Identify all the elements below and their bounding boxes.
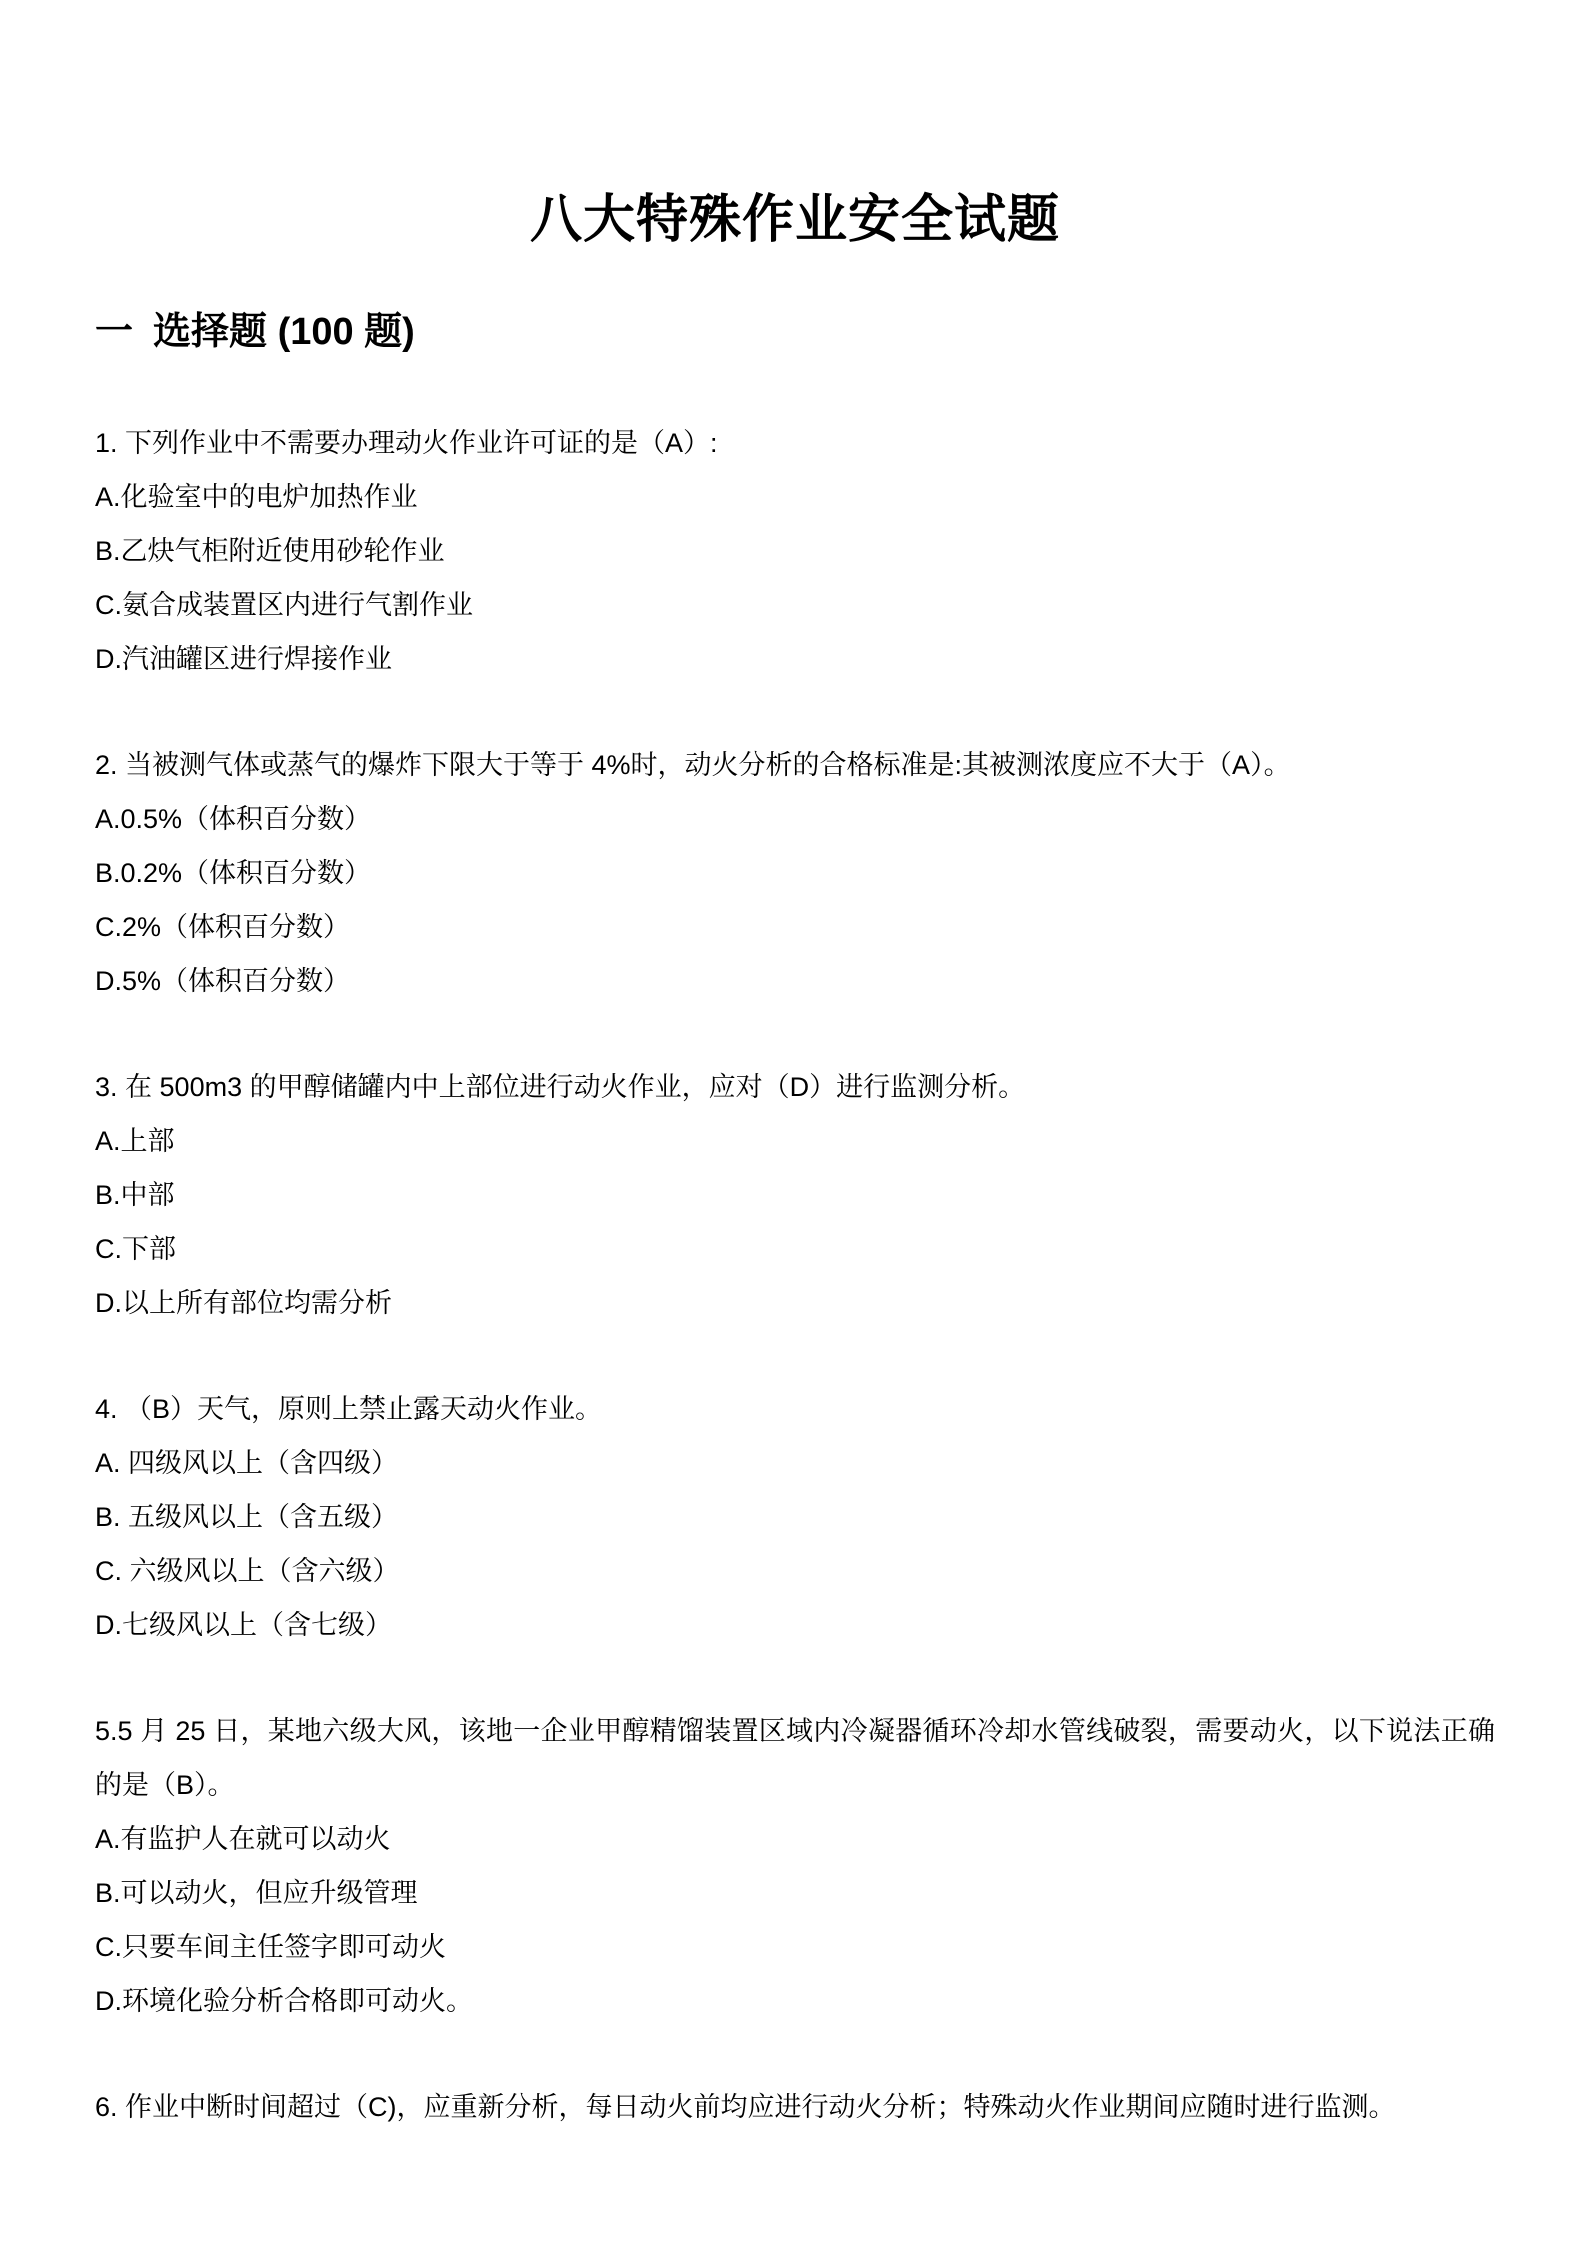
- section-label: 选择题 (100 题): [153, 311, 415, 353]
- option-text: 0.5%（体积百分数）: [121, 804, 372, 834]
- option-label: B.: [95, 1180, 121, 1210]
- option-row: A.有监护人在就可以动火: [95, 1812, 1495, 1866]
- option-text: 2%（体积百分数）: [122, 912, 350, 942]
- option-label: B.: [95, 858, 121, 888]
- option-text: 5%（体积百分数）: [122, 966, 350, 996]
- question-6: 6. 作业中断时间超过（C)，应重新分析，每日动火前均应进行动火分析；特殊动火作…: [95, 2080, 1495, 2134]
- option-text: 乙炔气柜附近使用砂轮作业: [121, 536, 445, 566]
- option-row: A. 四级风以上（含四级）: [95, 1436, 1495, 1490]
- question-number: 2.: [95, 750, 118, 780]
- option-text: 五级风以上（含五级）: [121, 1502, 399, 1532]
- option-label: C.: [95, 912, 122, 942]
- option-text: 七级风以上（含七级）: [122, 1610, 392, 1640]
- option-row: A.化验室中的电炉加热作业: [95, 470, 1495, 524]
- option-label: D.: [95, 1610, 122, 1640]
- option-text: 以上所有部位均需分析: [122, 1288, 392, 1318]
- option-label: B.: [95, 1878, 121, 1908]
- question-number: 1.: [95, 428, 118, 458]
- option-label: A.: [95, 1824, 121, 1854]
- option-text: 上部: [121, 1126, 175, 1156]
- question-number: 3.: [95, 1072, 118, 1102]
- option-text: 六级风以上（含六级）: [122, 1556, 400, 1586]
- question-stem-text: 作业中断时间超过（C)，应重新分析，每日动火前均应进行动火分析；特殊动火作业期间…: [118, 2092, 1396, 2122]
- question-stem: 6. 作业中断时间超过（C)，应重新分析，每日动火前均应进行动火分析；特殊动火作…: [95, 2080, 1495, 2134]
- option-text: 四级风以上（含四级）: [121, 1448, 399, 1478]
- question-stem-text: （B）天气，原则上禁止露天动火作业。: [118, 1394, 603, 1424]
- option-row: B.乙炔气柜附近使用砂轮作业: [95, 524, 1495, 578]
- question-number: 4.: [95, 1394, 118, 1424]
- question-stem: 4. （B）天气，原则上禁止露天动火作业。: [95, 1382, 1495, 1436]
- option-text: 中部: [121, 1180, 175, 1210]
- question-1: 1. 下列作业中不需要办理动火作业许可证的是（A）: A.化验室中的电炉加热作业…: [95, 416, 1495, 686]
- question-2: 2. 当被测气体或蒸气的爆炸下限大于等于 4%时，动火分析的合格标准是:其被测浓…: [95, 738, 1495, 1008]
- document-title: 八大特殊作业安全试题: [95, 190, 1495, 250]
- option-row: B.0.2%（体积百分数）: [95, 846, 1495, 900]
- question-3: 3. 在 500m3 的甲醇储罐内中上部位进行动火作业，应对（D）进行监测分析。…: [95, 1060, 1495, 1330]
- question-number: 6.: [95, 2092, 118, 2122]
- question-stem: 1. 下列作业中不需要办理动火作业许可证的是（A）:: [95, 416, 1495, 470]
- option-row: B. 五级风以上（含五级）: [95, 1490, 1495, 1544]
- option-label: A.: [95, 1448, 121, 1478]
- option-label: B.: [95, 1502, 121, 1532]
- option-text: 汽油罐区进行焊接作业: [122, 644, 392, 674]
- option-row: D.5%（体积百分数）: [95, 954, 1495, 1008]
- option-row: D.七级风以上（含七级）: [95, 1598, 1495, 1652]
- option-row: A.0.5%（体积百分数）: [95, 792, 1495, 846]
- option-text: 有监护人在就可以动火: [121, 1824, 391, 1854]
- option-label: C.: [95, 1556, 122, 1586]
- option-row: C.氨合成装置区内进行气割作业: [95, 578, 1495, 632]
- option-text: 化验室中的电炉加热作业: [121, 482, 418, 512]
- option-text: 下部: [122, 1234, 176, 1264]
- section-heading: 一选择题 (100 题): [95, 308, 1495, 356]
- option-row: D.以上所有部位均需分析: [95, 1276, 1495, 1330]
- option-label: C.: [95, 590, 122, 620]
- option-row: A.上部: [95, 1114, 1495, 1168]
- option-text: 只要车间主任签字即可动火: [122, 1932, 446, 1962]
- question-stem-text: 下列作业中不需要办理动火作业许可证的是（A）:: [118, 428, 718, 458]
- question-stem: 3. 在 500m3 的甲醇储罐内中上部位进行动火作业，应对（D）进行监测分析。: [95, 1060, 1495, 1114]
- option-label: A.: [95, 1126, 121, 1156]
- question-stem: 2. 当被测气体或蒸气的爆炸下限大于等于 4%时，动火分析的合格标准是:其被测浓…: [95, 738, 1495, 792]
- option-text: 0.2%（体积百分数）: [121, 858, 372, 888]
- option-label: A.: [95, 804, 121, 834]
- question-list: 1. 下列作业中不需要办理动火作业许可证的是（A）: A.化验室中的电炉加热作业…: [95, 416, 1495, 2134]
- question-stem-text: 5 月 25 日，某地六级大风，该地一企业甲醇精馏装置区域内冷凝器循环冷却水管线…: [95, 1716, 1495, 1800]
- question-stem-text: 当被测气体或蒸气的爆炸下限大于等于 4%时，动火分析的合格标准是:其被测浓度应不…: [118, 750, 1291, 780]
- question-4: 4. （B）天气，原则上禁止露天动火作业。 A. 四级风以上（含四级） B. 五…: [95, 1382, 1495, 1652]
- option-label: A.: [95, 482, 121, 512]
- option-row: D.汽油罐区进行焊接作业: [95, 632, 1495, 686]
- option-row: C.下部: [95, 1222, 1495, 1276]
- question-number: 5.: [95, 1716, 118, 1746]
- option-text: 环境化验分析合格即可动火。: [122, 1986, 473, 2016]
- option-label: D.: [95, 1288, 122, 1318]
- option-label: C.: [95, 1234, 122, 1264]
- option-text: 氨合成装置区内进行气割作业: [122, 590, 473, 620]
- question-stem: 5.5 月 25 日，某地六级大风，该地一企业甲醇精馏装置区域内冷凝器循环冷却水…: [95, 1704, 1495, 1812]
- option-row: D.环境化验分析合格即可动火。: [95, 1974, 1495, 2028]
- document-content: 八大特殊作业安全试题 一选择题 (100 题) 1. 下列作业中不需要办理动火作…: [0, 190, 1587, 2134]
- option-label: D.: [95, 1986, 122, 2016]
- option-row: C.只要车间主任签字即可动火: [95, 1920, 1495, 1974]
- option-text: 可以动火，但应升级管理: [121, 1878, 418, 1908]
- option-row: C.2%（体积百分数）: [95, 900, 1495, 954]
- option-label: D.: [95, 966, 122, 996]
- option-label: B.: [95, 536, 121, 566]
- option-row: C. 六级风以上（含六级）: [95, 1544, 1495, 1598]
- option-row: B.可以动火，但应升级管理: [95, 1866, 1495, 1920]
- section-numeral: 一: [95, 311, 133, 353]
- document-page: 八大特殊作业安全试题 一选择题 (100 题) 1. 下列作业中不需要办理动火作…: [0, 0, 1587, 2245]
- option-row: B.中部: [95, 1168, 1495, 1222]
- question-5: 5.5 月 25 日，某地六级大风，该地一企业甲醇精馏装置区域内冷凝器循环冷却水…: [95, 1704, 1495, 2028]
- question-stem-text: 在 500m3 的甲醇储罐内中上部位进行动火作业，应对（D）进行监测分析。: [118, 1072, 1026, 1102]
- option-label: D.: [95, 644, 122, 674]
- option-label: C.: [95, 1932, 122, 1962]
